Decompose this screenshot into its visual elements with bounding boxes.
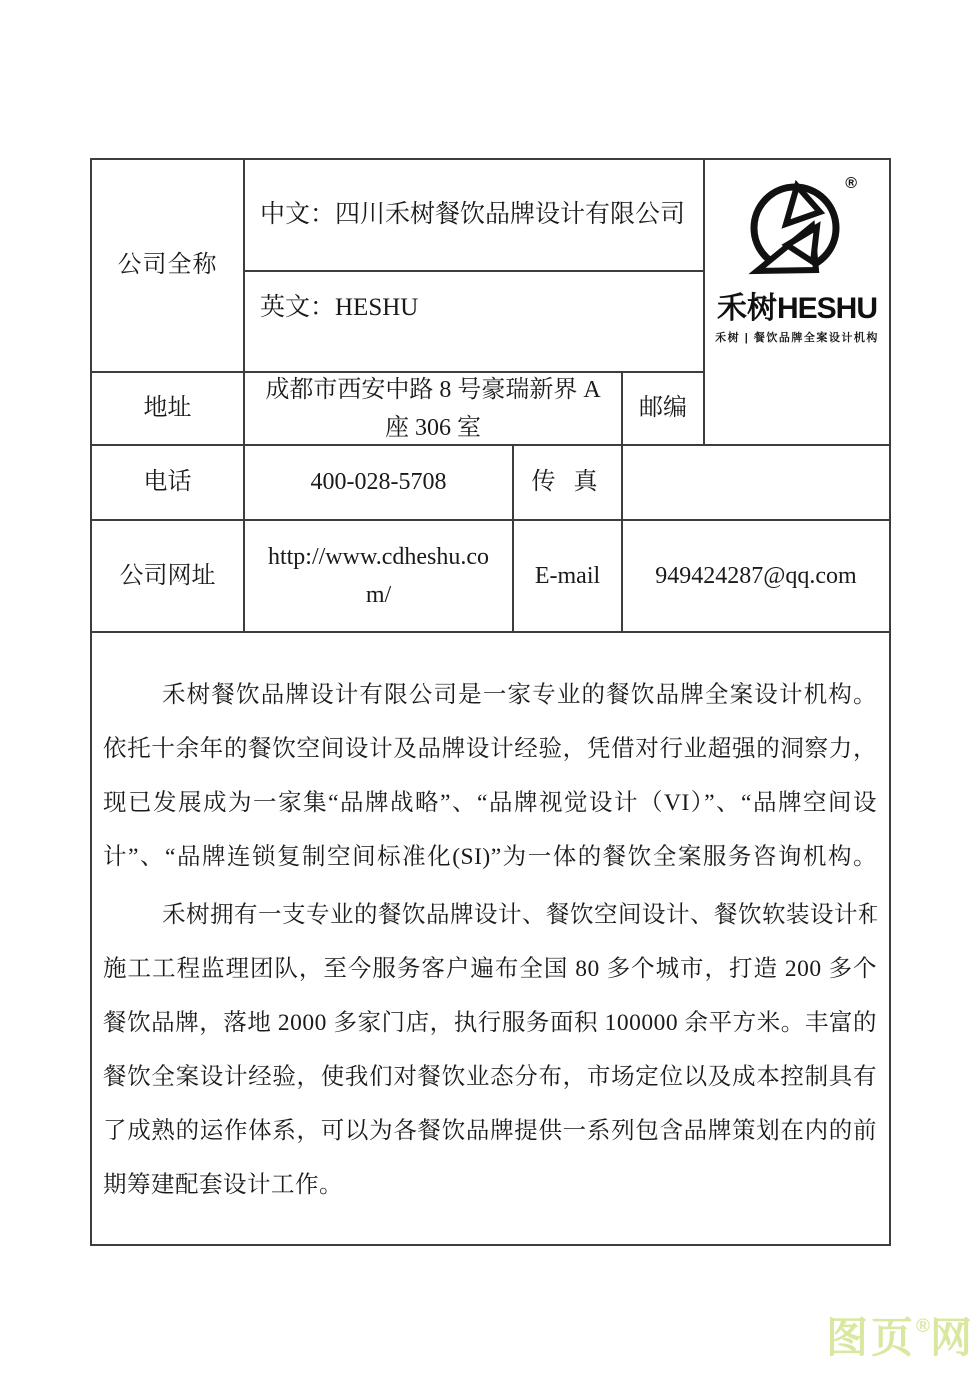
logo-name-en: HESHU: [777, 292, 877, 325]
website-line-2: m/: [366, 576, 391, 614]
company-logo: ® 禾树HESHU 禾树 | 餐饮品牌全案设计机构: [705, 160, 889, 446]
watermark: 图页®网: [826, 1317, 975, 1359]
phone-label: 电话: [92, 446, 245, 521]
company-info-table: 公司全称 中文：四川禾树餐饮品牌设计有限公司 英文：HESHU ® 禾树HESH…: [90, 158, 891, 1246]
watermark-part2: 网: [930, 1314, 975, 1361]
description-line: 依托十余年的餐饮空间设计及品牌设计经验，凭借对行业超强的洞察力，: [103, 722, 877, 776]
description-line: 施工工程监理团队，至今服务客户遍布全国 80 多个城市，打造 200 多个: [103, 942, 877, 996]
website-line-1: http://www.cdheshu.co: [268, 538, 489, 576]
logo-name: 禾树HESHU: [717, 294, 877, 324]
description-line: 现已发展成为一家集“品牌战略”、“品牌视觉设计（VI）”、“品牌空间设: [103, 776, 877, 830]
logo-tagline: 禾树 | 餐饮品牌全案设计机构: [715, 331, 879, 347]
company-name-cn: 中文：四川禾树餐饮品牌设计有限公司: [245, 160, 705, 272]
address-value: 成都市西安中路 8 号豪瑞新界 A 座 306 室: [245, 373, 623, 446]
description-line: 禾树拥有一支专业的餐饮品牌设计、餐饮空间设计、餐饮软装设计和: [103, 888, 877, 942]
description-line: 禾树餐饮品牌设计有限公司是一家专业的餐饮品牌全案设计机构。: [103, 668, 877, 722]
description-line: 了成熟的运作体系，可以为各餐饮品牌提供一系列包含品牌策划在内的前: [103, 1104, 877, 1158]
phone-value: 400-028-5708: [245, 446, 514, 521]
website-value: http://www.cdheshu.co m/: [245, 521, 514, 633]
website-label: 公司网址: [92, 521, 245, 633]
address-label: 地址: [92, 373, 245, 446]
email-value: 949424287@qq.com: [623, 521, 889, 633]
postal-code-label: 邮编: [623, 373, 705, 446]
email-label: E-mail: [514, 521, 623, 633]
heshu-logo-icon: ®: [741, 174, 853, 278]
company-name-label: 公司全称: [92, 160, 245, 373]
address-line-2: 座 306 室: [385, 409, 481, 447]
company-name-en: 英文：HESHU: [245, 272, 705, 373]
address-line-1: 成都市西安中路 8 号豪瑞新界 A: [265, 371, 600, 409]
document-page: 公司全称 中文：四川禾树餐饮品牌设计有限公司 英文：HESHU ® 禾树HESH…: [0, 0, 979, 1373]
logo-name-cn: 禾树: [717, 292, 777, 325]
description-line: 期筹建配套设计工作。: [103, 1158, 877, 1212]
watermark-registered-icon: ®: [916, 1316, 930, 1337]
fax-label: 传 真: [514, 446, 623, 521]
registered-trademark-icon: ®: [845, 172, 857, 195]
fax-value-empty: [623, 446, 889, 521]
description-line: 餐饮品牌，落地 2000 多家门店，执行服务面积 100000 余平方米。丰富的: [103, 996, 877, 1050]
description-line: 计”、“品牌连锁复制空间标准化(SI)”为一体的餐饮全案服务咨询机构。: [103, 830, 877, 884]
description-paragraph: 禾树拥有一支专业的餐饮品牌设计、餐饮空间设计、餐饮软装设计和施工工程监理团队，至…: [103, 888, 877, 1212]
company-description: 禾树餐饮品牌设计有限公司是一家专业的餐饮品牌全案设计机构。依托十余年的餐饮空间设…: [92, 633, 889, 1244]
watermark-part1: 图页: [826, 1314, 916, 1361]
description-line: 餐饮全案设计经验，使我们对餐饮业态分布，市场定位以及成本控制具有: [103, 1050, 877, 1104]
description-paragraph: 禾树餐饮品牌设计有限公司是一家专业的餐饮品牌全案设计机构。依托十余年的餐饮空间设…: [103, 668, 877, 884]
